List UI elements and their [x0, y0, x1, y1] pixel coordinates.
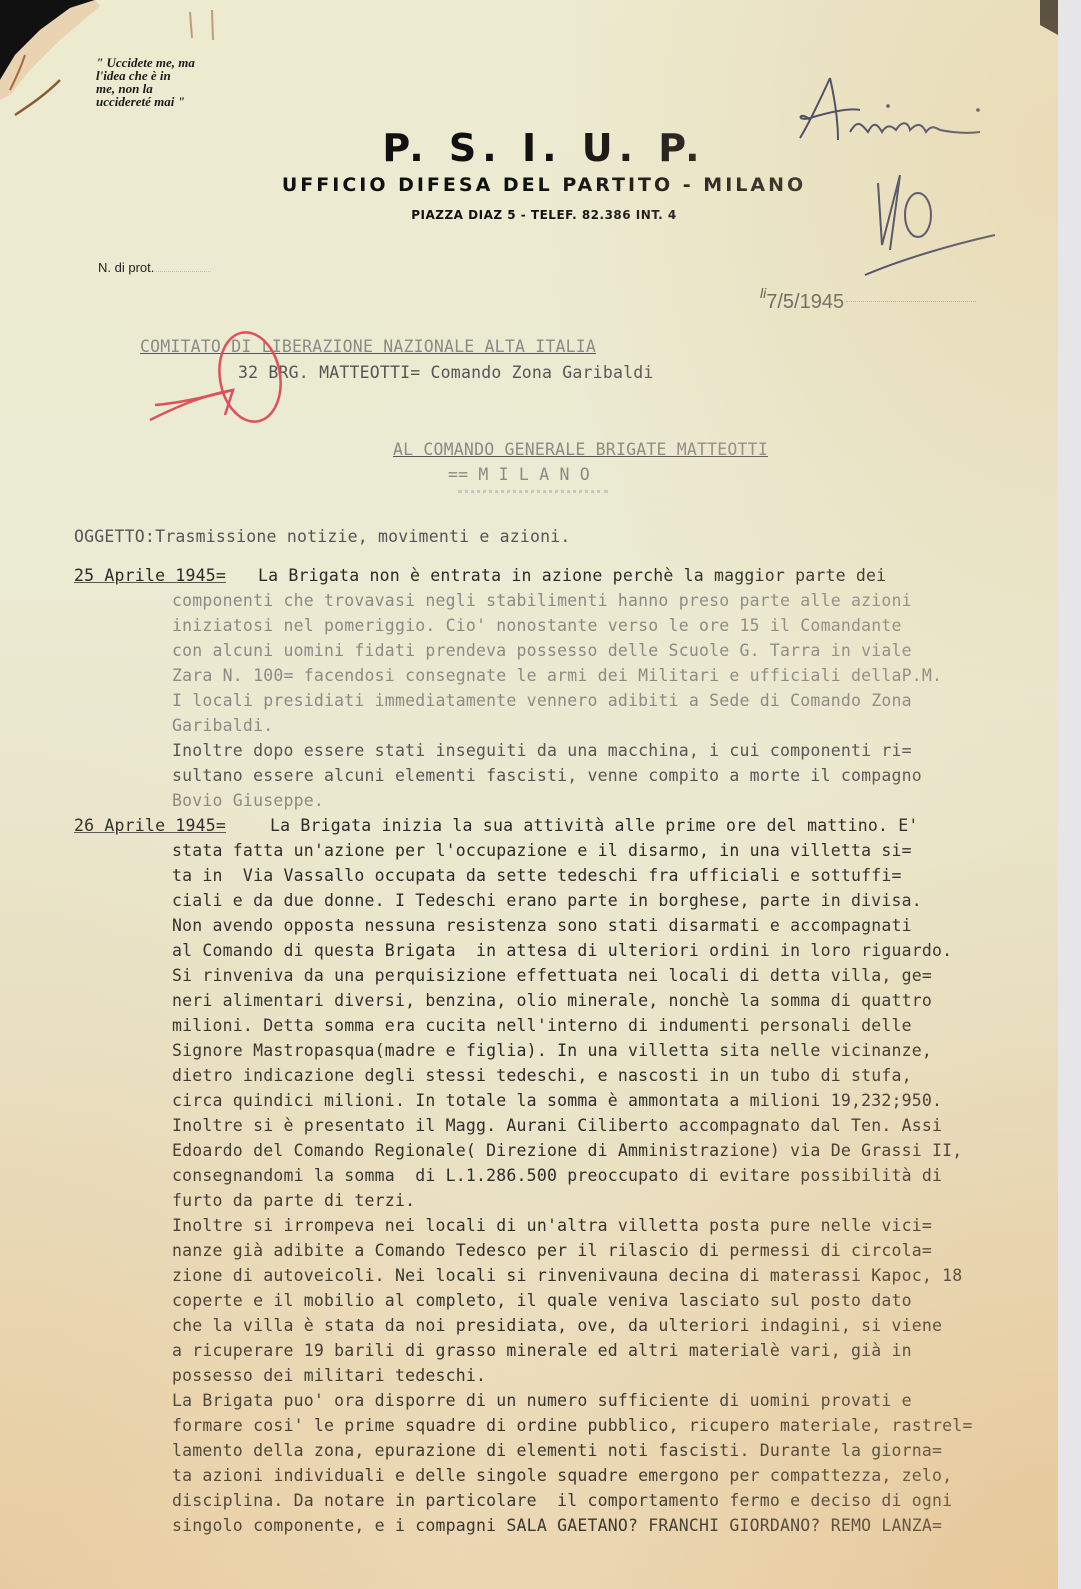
entry-line: Zara N. 100= facendosi consegnate le arm…: [172, 666, 942, 685]
recipient-city: == M I L A N O: [448, 465, 590, 484]
entry-line: Inoltre dopo essere stati inseguiti da u…: [172, 741, 912, 760]
subject-label: OGGETTO:: [74, 527, 155, 546]
entry-line: La Brigata non è entrata in azione perch…: [258, 566, 886, 585]
date-value: 7/5/1945: [766, 291, 844, 313]
entry-line: nanze già adibite a Comando Tedesco per …: [172, 1241, 932, 1260]
entry-line: possesso dei militari tedeschi.: [172, 1366, 486, 1385]
entry-line: lamento della zona, epurazione di elemen…: [172, 1441, 942, 1460]
entry-line: Bovio Giuseppe.: [172, 791, 324, 810]
entry-line: ta azioni individuali e delle singole sq…: [172, 1466, 952, 1485]
entry-line: I locali presidiati immediatamente venne…: [172, 691, 912, 710]
entry-date-text: 26 Aprile 1945=: [74, 816, 226, 835]
entry-line: Inoltre si irrompeva nei locali di un'al…: [172, 1216, 932, 1235]
entry-line: stata fatta un'azione per l'occupazione …: [172, 841, 912, 860]
entry-line: disciplina. Da notare in particolare il …: [172, 1491, 952, 1510]
entry-line: dietro indicazione degli stessi tedeschi…: [172, 1066, 912, 1085]
entry-line: neri alimentari diversi, benzina, olio m…: [172, 991, 932, 1010]
organization-title: P. S. I. U. P.: [0, 126, 1058, 170]
entry-line: furto da parte di terzi.: [172, 1191, 415, 1210]
entry-line: Garibaldi.: [172, 716, 273, 735]
recipient-command: AL COMANDO GENERALE BRIGATE MATTEOTTI: [393, 440, 768, 459]
entry-line: Edoardo del Comando Regionale( Direzione…: [172, 1141, 962, 1160]
motto-line: uccidereté mai ": [96, 95, 246, 108]
subject-text: Trasmissione notizie, movimenti e azioni…: [155, 527, 571, 546]
entry-line: singolo componente, e i compagni SALA GA…: [172, 1516, 942, 1535]
entry-line: ciali e da due donne. I Tedeschi erano p…: [172, 891, 922, 910]
date-dotted-line: [846, 301, 976, 302]
entry-line: Inoltre si è presentato il Magg. Aurani …: [172, 1116, 942, 1135]
sender-brigade: 32 BRG. MATTEOTTI= Comando Zona Garibald…: [238, 363, 654, 382]
entry-line: zione di autoveicoli. Nei locali si rinv…: [172, 1266, 962, 1285]
subject-line: OGGETTO:Trasmissione notizie, movimenti …: [74, 527, 571, 546]
entry-line: a ricuperare 19 barili di grasso mineral…: [172, 1341, 912, 1360]
entry-line: che la villa è stata da noi presidiata, …: [172, 1316, 942, 1335]
entry-line: milioni. Detta somma era cucita nell'int…: [172, 1016, 912, 1035]
sender-committee: COMITATO DI LIBERAZIONE NAZIONALE ALTA I…: [140, 337, 596, 356]
document-page: " Uccidete me, ma l'idea che è in me, no…: [0, 0, 1058, 1589]
recipient-underline: [458, 490, 608, 493]
entry-line: La Brigata puo' ora disporre di un numer…: [172, 1391, 912, 1410]
entry-line: iniziatosi nel pomeriggio. Cio' nonostan…: [172, 616, 902, 635]
entry-date-25-april: 25 Aprile 1945=: [74, 566, 226, 585]
protocol-dotted-line: [156, 271, 211, 272]
entry-line: ta in Via Vassallo occupata da sette ted…: [172, 866, 902, 885]
entry-date-26-april: 26 Aprile 1945=: [74, 816, 226, 835]
entry-line: con alcuni uomini fidati prendeva posses…: [172, 641, 912, 660]
entry-line: formare cosi' le prime squadre di ordine…: [172, 1416, 973, 1435]
entry-line: La Brigata inizia la sua attività alle p…: [270, 816, 919, 835]
entry-date-text: 25 Aprile 1945=: [74, 566, 226, 585]
entry-line: circa quindici milioni. In totale la som…: [172, 1091, 942, 1110]
entry-line: componenti che trovavasi negli stabilime…: [172, 591, 912, 610]
party-motto: " Uccidete me, ma l'idea che è in me, no…: [96, 56, 246, 108]
organization-subtitle: UFFICIO DIFESA DEL PARTITO - MILANO: [0, 174, 1058, 196]
entry-line: coperte e il mobilio al completo, il qua…: [172, 1291, 912, 1310]
scan-margin: [1058, 0, 1081, 1589]
organization-address: PIAZZA DIAZ 5 - TELEF. 82.386 INT. 4: [0, 208, 1058, 222]
entry-line: Si rinveniva da una perquisizione effett…: [172, 966, 932, 985]
entry-line: Signore Mastropasqua(madre e figlia). In…: [172, 1041, 932, 1060]
entry-line: Non avendo opposta nessuna resistenza so…: [172, 916, 912, 935]
document-date: li7/5/1945: [760, 285, 976, 308]
entry-line: sultano essere alcuni elementi fascisti,…: [172, 766, 922, 785]
protocol-label: N. di prot.: [98, 260, 154, 275]
entry-line: al Comando di questa Brigata in attesa d…: [172, 941, 952, 960]
protocol-number-field: N. di prot.: [98, 260, 211, 275]
entry-line: consegnandomi la somma di L.1.286.500 pr…: [172, 1166, 942, 1185]
